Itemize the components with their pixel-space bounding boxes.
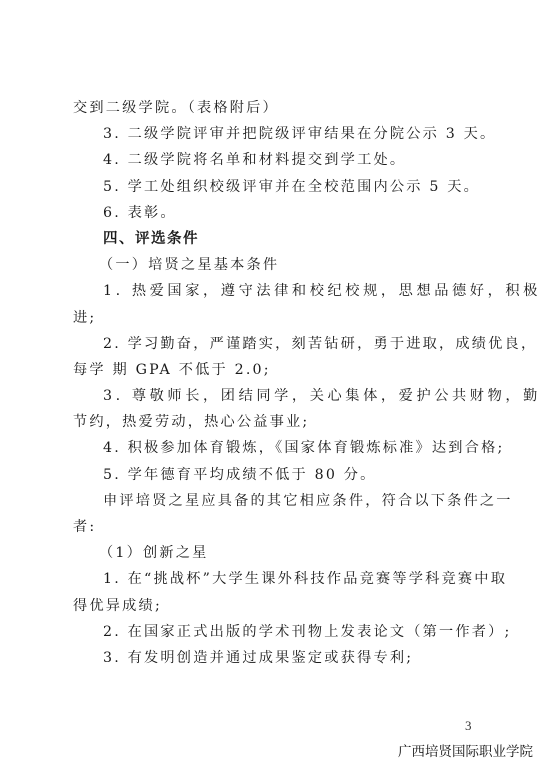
innovation-item-2: 2. 在国家正式出版的学术刊物上发表论文（第一作者）; — [73, 619, 473, 645]
innovation-item-1-cont: 得优异成绩; — [73, 593, 473, 619]
text-line: 交到二级学院。（表格附后） — [73, 95, 473, 121]
list-item-step-3: 3. 二级学院评审并把院级评审结果在分院公示 3 天。 — [73, 121, 473, 147]
criteria-item-4: 4. 积极参加体育锻炼，《国家体育锻炼标准》达到合格; — [73, 435, 473, 461]
innovation-item-3: 3. 有发明创造并通过成果鉴定或获得专利; — [73, 645, 473, 671]
document-page: 交到二级学院。（表格附后） 3. 二级学院评审并把院级评审结果在分院公示 3 天… — [0, 0, 541, 768]
criteria-item-2: 2. 学习勤奋，严谨踏实，刻苦钻研，勇于进取，成绩优良， — [73, 331, 473, 357]
subsection-heading: （一）培贤之星基本条件 — [73, 252, 473, 278]
criteria-item-3: 3. 尊敬师长，团结同学，关心集体，爱护公共财物，勤俭 — [73, 383, 473, 409]
section-heading: 四、评选条件 — [73, 226, 473, 252]
criteria-item-5: 5. 学年德育平均成绩不低于 80 分。 — [73, 462, 473, 488]
innovation-item-1: 1. 在“挑战杯”大学生课外科技作品竞赛等学科竞赛中取 — [73, 566, 473, 592]
list-item-step-6: 6. 表彰。 — [73, 200, 473, 226]
criteria-item-1: 1. 热爱国家，遵守法律和校纪校规，思想品德好，积极上 — [73, 278, 473, 304]
list-item-step-5: 5. 学工处组织校级评审并在全校范围内公示 5 天。 — [73, 174, 473, 200]
paragraph-other-conditions: 申评培贤之星应具备的其它相应条件，符合以下条件之一 — [73, 488, 473, 514]
criteria-item-1-cont: 进; — [73, 305, 473, 331]
footer-institution-name: 广西培贤国际职业学院 — [398, 740, 533, 760]
paragraph-other-conditions-cont: 者: — [73, 514, 473, 540]
page-number: 3 — [465, 718, 472, 734]
document-body: 交到二级学院。（表格附后） 3. 二级学院评审并把院级评审结果在分院公示 3 天… — [73, 95, 473, 671]
subsection-heading-innovation: （1）创新之星 — [73, 540, 473, 566]
criteria-item-3-cont: 节约，热爱劳动，热心公益事业; — [73, 409, 473, 435]
criteria-item-2-cont: 每学 期 GPA 不低于 2.0; — [73, 357, 473, 383]
list-item-step-4: 4. 二级学院将名单和材料提交到学工处。 — [73, 147, 473, 173]
